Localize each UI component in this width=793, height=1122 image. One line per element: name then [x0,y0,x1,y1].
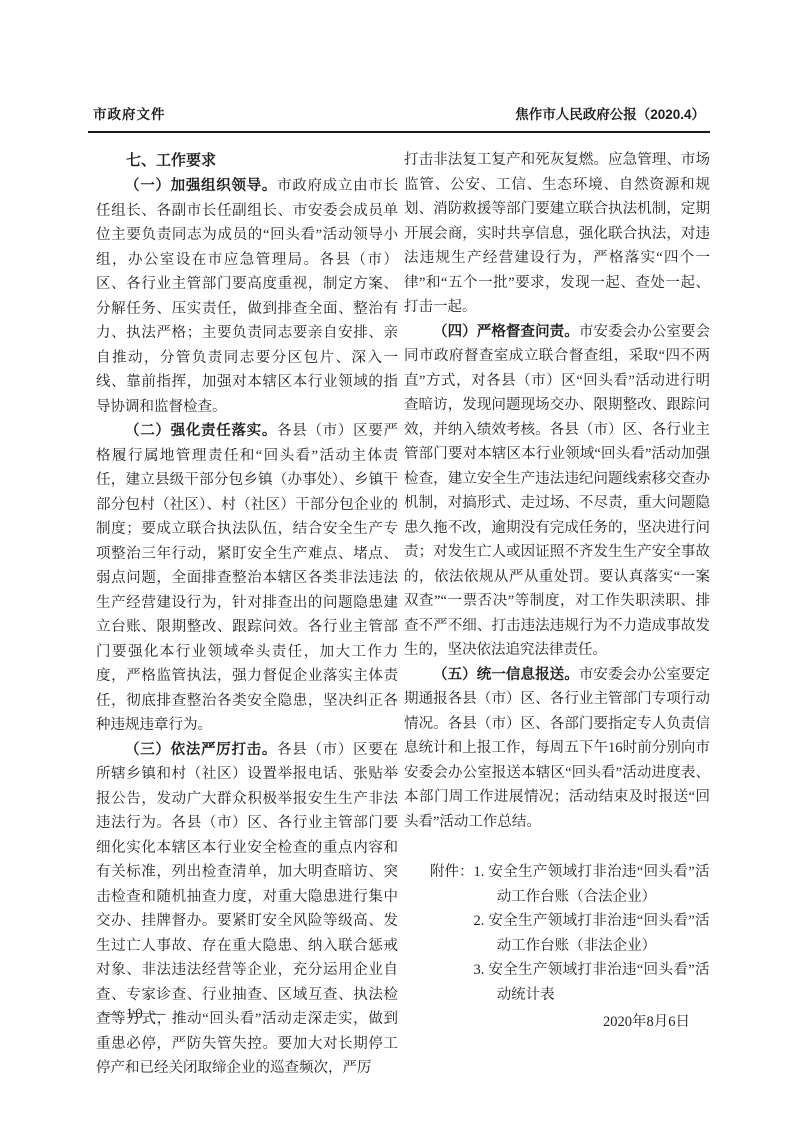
paragraph-1: （一）加强组织领导。市政府成立由市长任组长、各副市长任副组长、市安委会成员单位主… [96,174,398,419]
gazette-page: 市政府文件 焦作市人民政府公报（2020.4） 七、工作要求 （一）加强组织领导… [0,0,793,1122]
paragraph-1-text: 市政府成立由市长任组长、各副市长任副组长、市安委会成员单位主要负责同志为成员的“… [96,178,398,415]
attachment-item-3: 3. 安全生产领域打非治违“回头看”活动统计表 [474,958,710,1007]
paragraph-2-lead: （二）强化责任落实。 [125,423,277,439]
page-number: — 10 — [103,1006,168,1023]
paragraph-5-lead: （五）统一信息报送。 [433,667,579,683]
paragraph-4-lead: （四）严格督查问责。 [433,324,579,340]
section-title: 七、工作要求 [96,148,398,174]
document-date: 2020年8月6日 [404,1010,710,1035]
attachment-item-2: 2. 安全生产领域打非治违“回头看”活动工作台账（非法企业） [474,909,710,958]
header-doc-type: 市政府文件 [93,103,166,123]
paragraph-1-lead: （一）加强组织领导。 [125,178,277,194]
paragraph-5: （五）统一信息报送。市安委会办公室要定期通报各县（市）区、各行业主管部门专项行动… [404,663,710,835]
paragraph-3-text: 各县（市）区要在所辖乡镇和村（社区）设置举报电话、张贴举报公告，发动广大群众积极… [96,742,398,1077]
paragraph-2: （二）强化责任落实。各县（市）区要严格履行属地管理责任和“回头看”活动主体责任，… [96,419,398,738]
attachments-label: 附件： [430,860,474,1007]
header-rule [88,131,710,133]
header-gazette-title: 焦作市人民政府公报（2020.4） [515,103,705,123]
paragraph-4: （四）严格督查问责。市安委会办公室要会同市政府督查室成立联合督查组，采取“四不两… [404,320,710,663]
paragraph-3: （三）依法严厉打击。各县（市）区要在所辖乡镇和村（社区）设置举报电话、张贴举报公… [96,738,398,1081]
paragraph-2-text: 各县（市）区要严格履行属地管理责任和“回头看”活动主体责任，建立县级干部分包乡镇… [96,423,398,733]
paragraph-3-lead: （三）依法严厉打击。 [125,742,277,758]
attachments-block: 附件： 1. 安全生产领域打非治违“回头看”活动工作台账（合法企业） 2. 安全… [404,860,710,1007]
right-column: 打击非法复工复产和死灰复燃。应急管理、市场监管、公安、工信、生态环境、自然资源和… [404,148,710,1035]
paragraph-4-text: 市安委会办公室要会同市政府督查室成立联合督查组，采取“四不两直”方式，对各县（市… [404,324,710,659]
left-column: 七、工作要求 （一）加强组织领导。市政府成立由市长任组长、各副市长任副组长、市安… [96,148,398,1081]
paragraph-5-text: 市安委会办公室要定期通报各县（市）区、各行业主管部门专项行动情况。各县（市）区、… [404,667,710,830]
attachments-list: 1. 安全生产领域打非治违“回头看”活动工作台账（合法企业） 2. 安全生产领域… [474,860,710,1007]
attachment-item-1: 1. 安全生产领域打非治违“回头看”活动工作台账（合法企业） [474,860,710,909]
paragraph-3-continuation: 打击非法复工复产和死灰复燃。应急管理、市场监管、公安、工信、生态环境、自然资源和… [404,148,710,320]
